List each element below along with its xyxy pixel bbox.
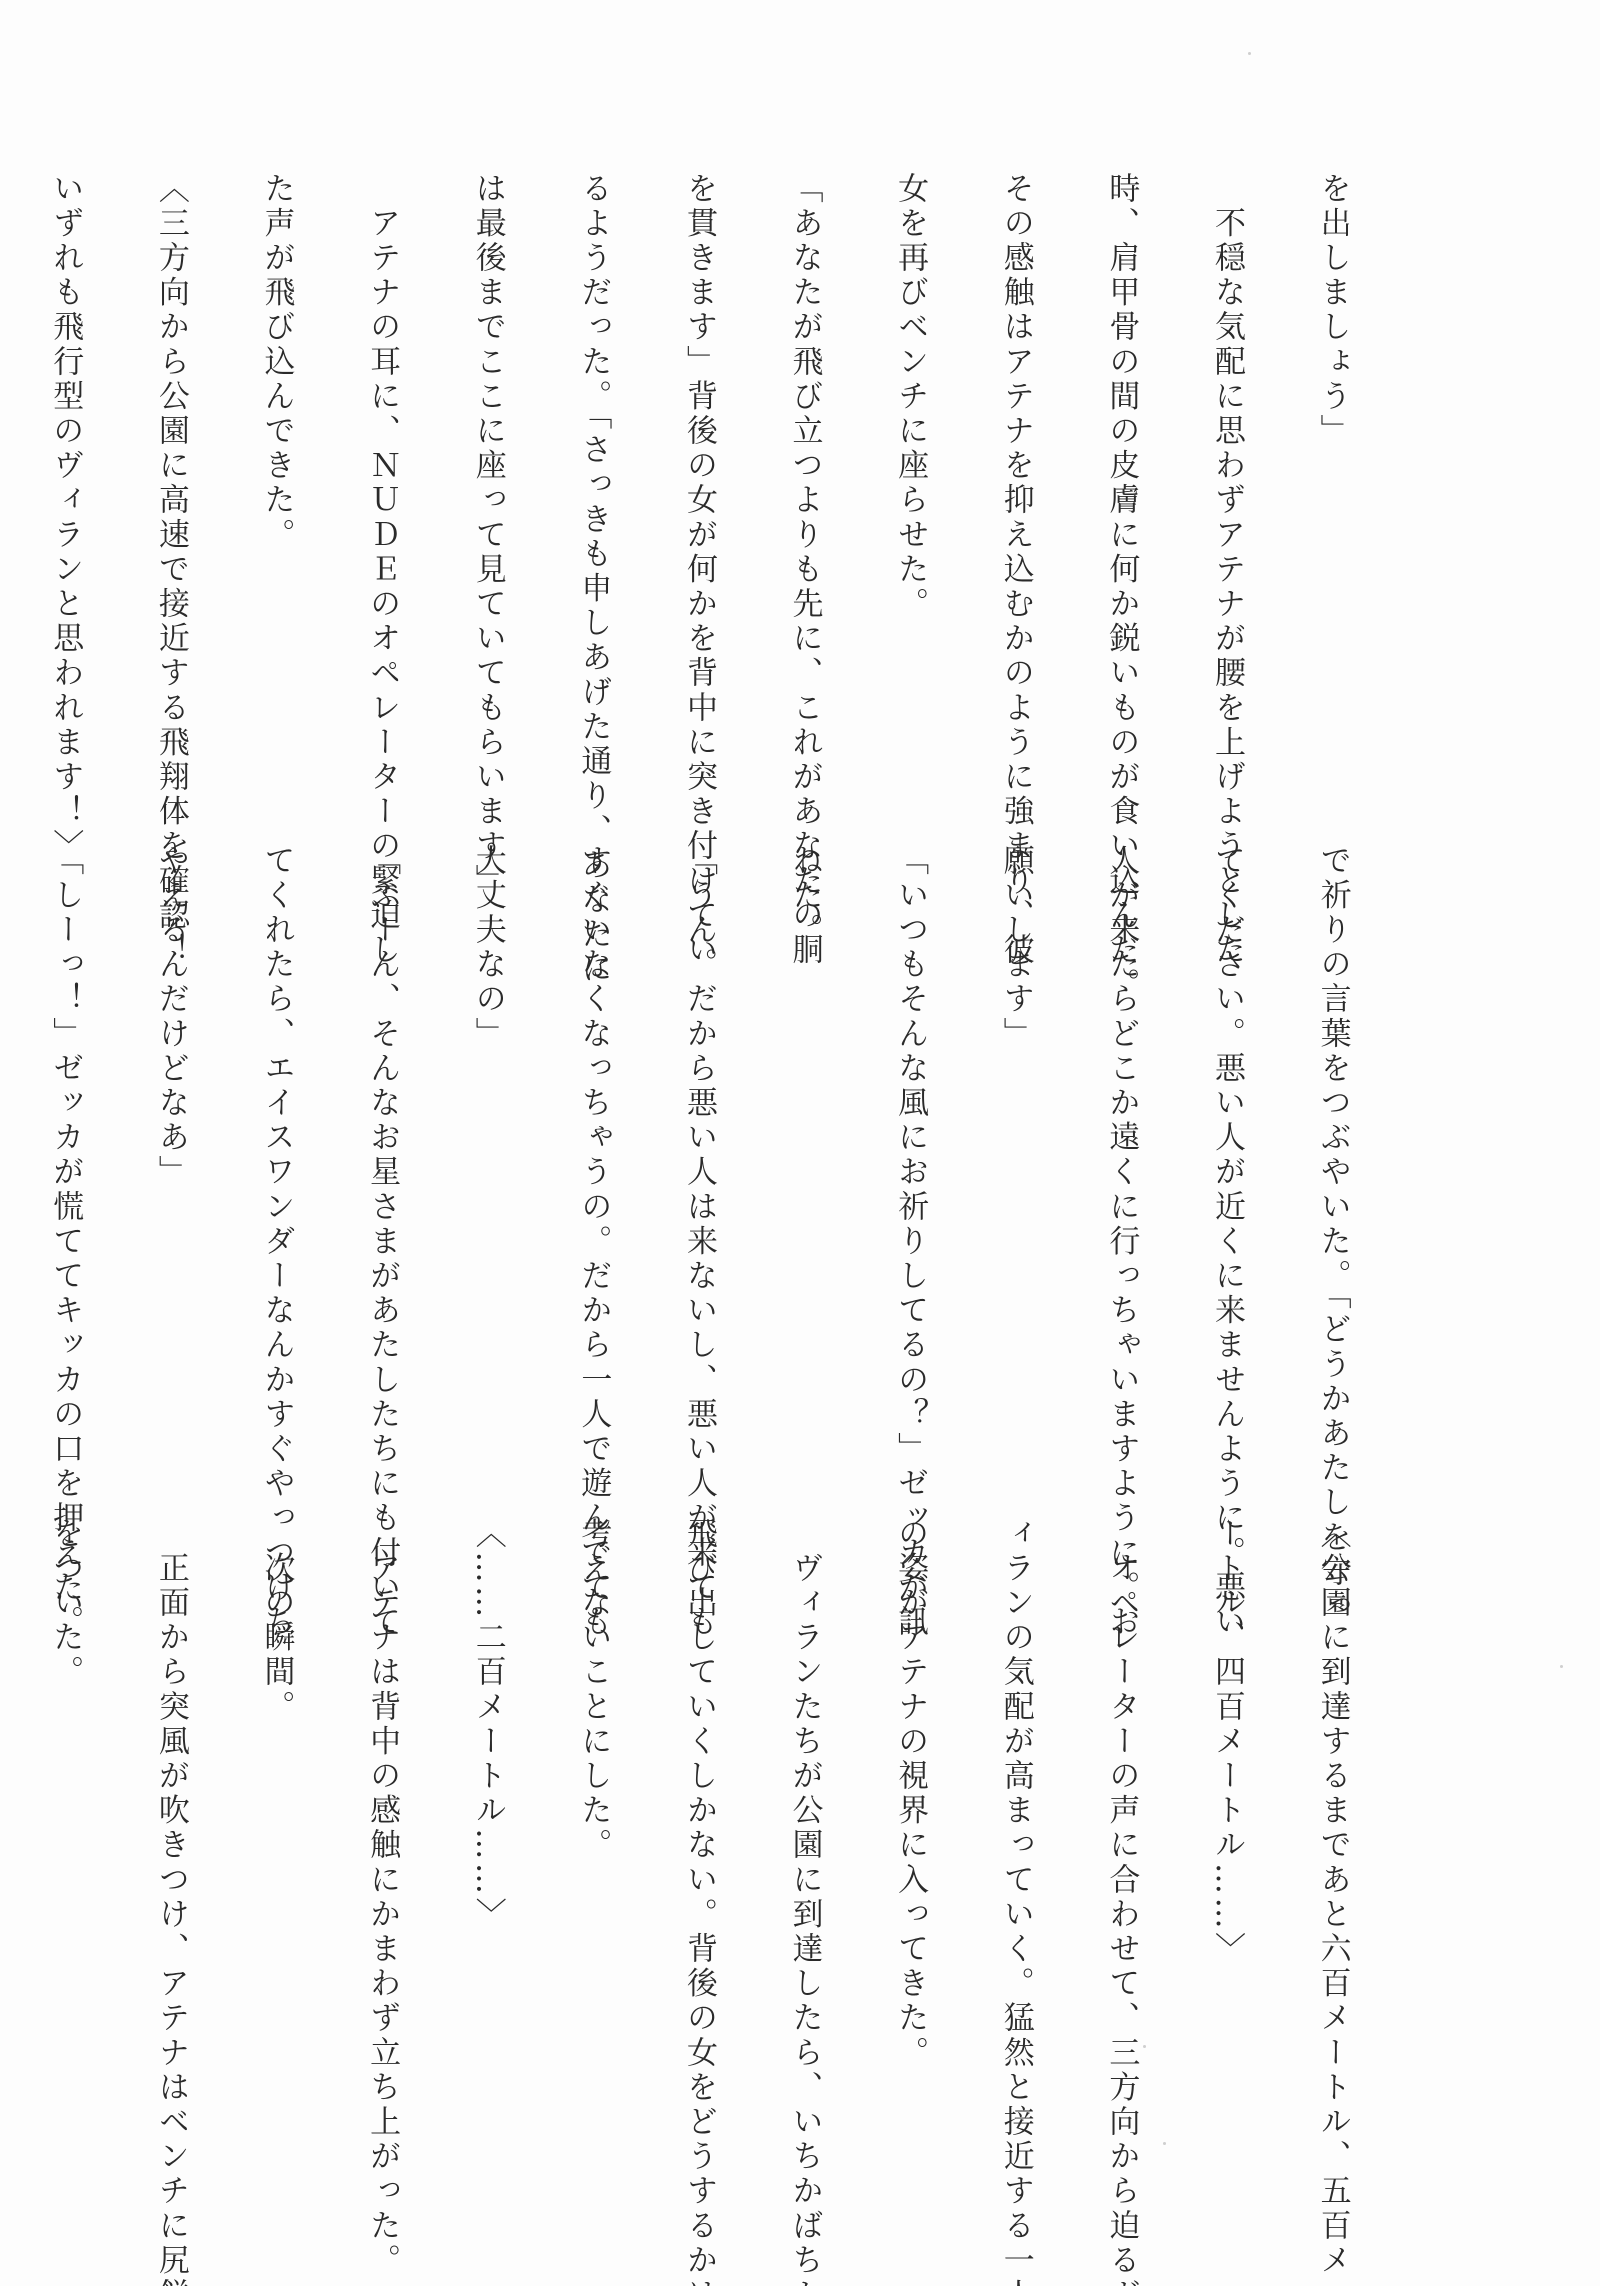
text-line: 時、肩甲骨の間の皮膚に何か鋭いものが食い込んだ。 [1103,172,1138,812]
text-line: オペレーターの声に合わせて、三方向から迫るヴ [1103,1517,1138,2157]
text-tier-bottom: 〈公園に到達するまであと六百メートル、五百メ ートル、四百メートル……〉 オペレ… [160,1517,1420,2157]
text-tier-top: を出しましょう」 不穏な気配に思わずアテナが腰を上げようとした 時、肩甲骨の間の… [160,172,1420,812]
text-line: 女を再びベンチに座らせた。 [892,172,927,812]
text-line: た声が飛び込んできた。 [258,172,293,812]
text-line: で祈りの言葉をつぶやいた。「どうかあたしを守っ [1314,844,1349,1484]
text-line: の姿がアテナの視界に入ってきた。 [892,1517,927,2157]
text-line: 「ふーん、そんなお星さまがあたしたちにも付いて [364,844,399,1484]
text-line: 不穏な気配に思わずアテナが腰を上げようとした [1209,172,1244,812]
text-line: やえるんだけどなあ」 [153,844,188,1484]
text-line: をついた。 [47,1517,82,2157]
text-line: 「うん。だから悪い人は来ないし、悪い人が来ても [681,844,716,1484]
text-line: すぐいなくなっちゃうの。だから一人で遊んでても [575,844,610,1484]
text-line: 次の瞬間。 [258,1517,293,2157]
text-line: 正面から突風が吹きつけ、アテナはベンチに尻餅 [153,1517,188,2157]
text-line: てくれたら、エイスワンダーなんかすぐやっつけち [258,844,293,1484]
text-line: てください。悪い人が近くに来ませんように。悪い [1209,844,1244,1484]
text-line: を出しましょう」 [1314,172,1349,812]
text-line: 「しーっ！」ゼッカが慌ててキッカの口を押えた。 [47,844,82,1484]
text-line: ィランの気配が高まっていく。猛然と接近する一人 [998,1517,1033,2157]
text-line: ヴィランたちが公園に到達したら、いちかばちか [786,1517,821,2157]
novel-page: を出しましょう」 不穏な気配に思わずアテナが腰を上げようとした 時、肩甲骨の間の… [0,0,1600,2286]
scan-speck [1163,2142,1166,2145]
text-line: 「あなたが飛び立つよりも先に、これがあなたの胴 [786,172,821,812]
text-line: 大丈夫なの」 [470,844,505,1484]
text-line: いずれも飛行型のヴィランと思われます！〉 [47,172,82,812]
text-line: を貫きます」背後の女が何かを背中に突き付けてい [681,172,716,812]
text-tier-middle: で祈りの言葉をつぶやいた。「どうかあたしを守っ てください。悪い人が近くに来ませ… [160,844,1420,1484]
text-line: 〈三方向から公園に高速で接近する飛翔体を確認！ [153,172,188,812]
text-line: 願いします」 [998,844,1033,1484]
text-line: 〈……二百メートル……〉 [470,1517,505,2157]
scan-speck [1560,1665,1563,1668]
scan-speck [1248,52,1251,55]
text-line: 人が来たらどこか遠くに行っちゃいますように。お [1103,844,1138,1484]
text-line: 飛び出していくしかない。背後の女をどうするかは [681,1517,716,2157]
text-line: ートル、四百メートル……〉 [1209,1517,1244,2157]
text-line: 〈公園に到達するまであと六百メートル、五百メ [1314,1517,1349,2157]
text-line: アテナは背中の感触にかまわず立ち上がった。 [364,1517,399,2157]
text-line: 「いつもそんな風にお祈りしてるの？」ゼッカが訊 [892,844,927,1484]
text-line: アテナの耳に、ＮＵＤＥのオペレーターの緊迫し [364,172,399,812]
text-line: その感触はアテナを抑え込むかのように強まり、彼 [998,172,1033,812]
text-line: は最後までここに座って見ていてもらいます」 [470,172,505,812]
text-line: るようだった。「さっきも申しあげた通り、あなたに [575,172,610,812]
scan-speck [1143,2045,1146,2048]
text-line: 考えないことにした。 [575,1517,610,2157]
text-line: ねた。 [786,844,821,1484]
